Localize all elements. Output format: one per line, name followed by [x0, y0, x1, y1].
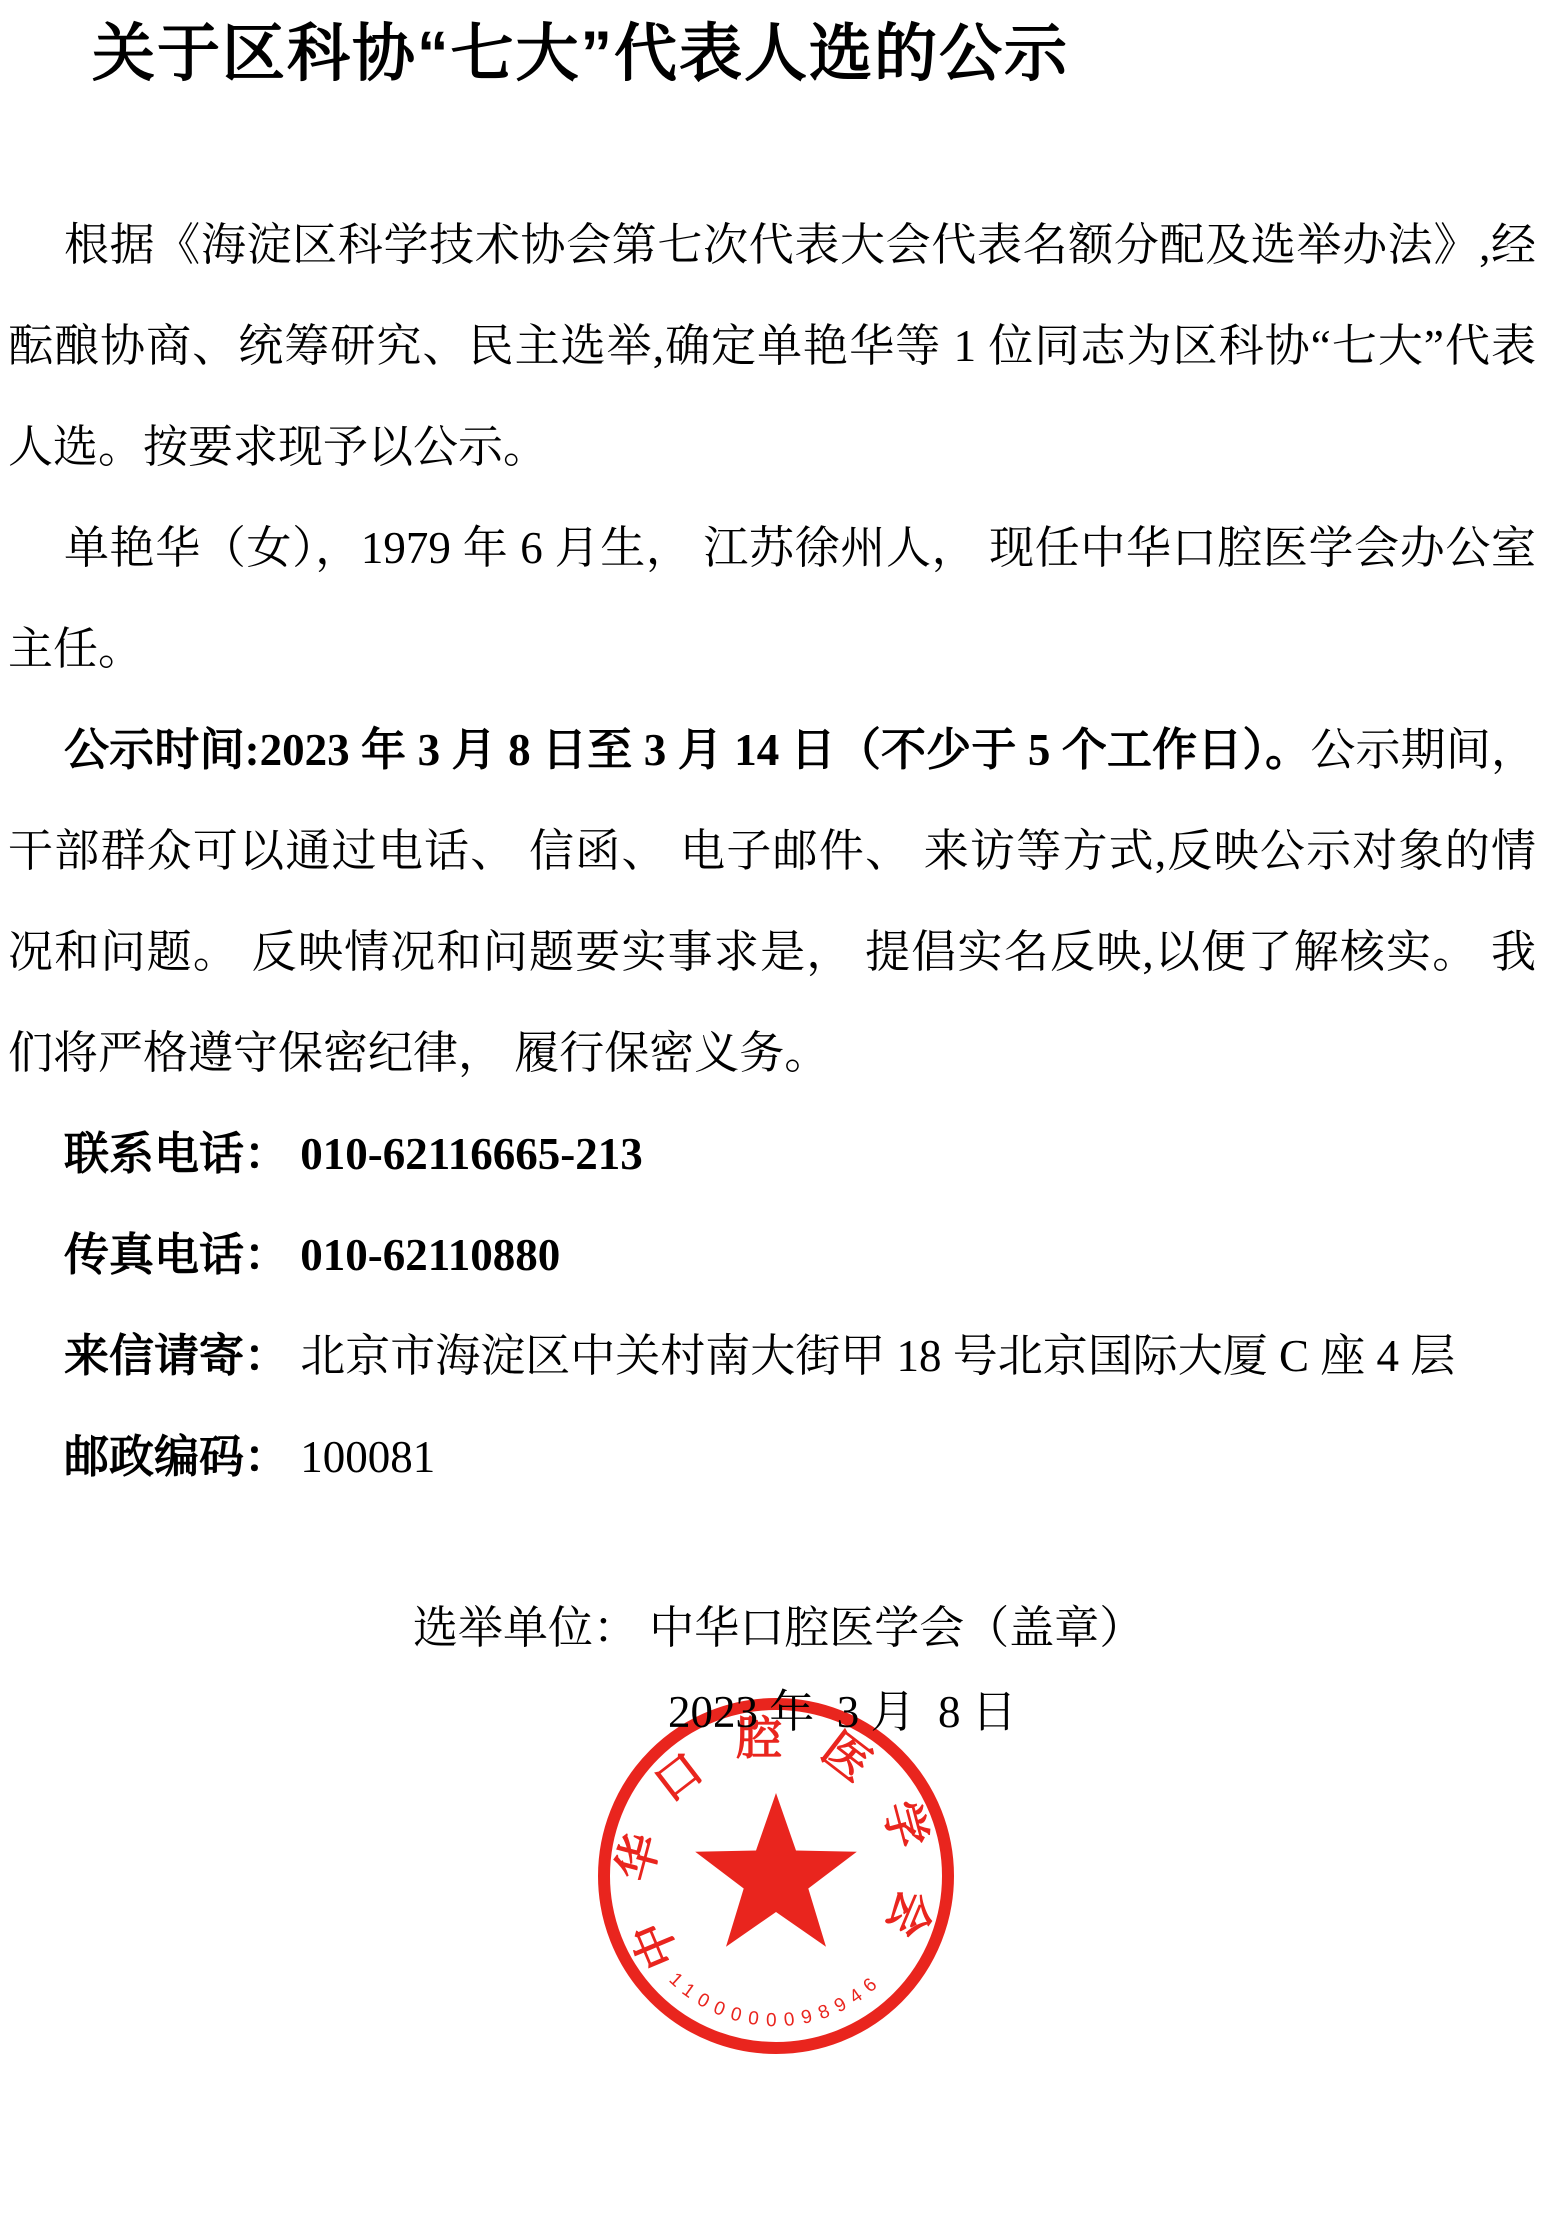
seal-serial-number: 1100000098946: [665, 1969, 888, 2031]
document-body: 根据《海淀区科学技术协会第七次代表大会代表名额分配及选举办法》,经酝酿协商、统筹…: [0, 195, 1552, 1508]
contact-row-postcode: 邮政编码： 100081: [8, 1407, 1536, 1508]
contact-address-value: 北京市海淀区中关村南大街甲 18 号北京国际大厦 C 座 4 层: [300, 1331, 1455, 1381]
signature-unit-line: 选举单位： 中华口腔医学会（盖章）: [413, 1593, 1552, 1663]
document-page: 关于区科协“七大”代表人选的公示 根据《海淀区科学技术协会第七次代表大会代表名额…: [0, 0, 1552, 2223]
paragraph-candidate-bio: 单艳华（女），1979 年 6 月生， 江苏徐州人， 现任中华口腔医学会办公室主…: [8, 498, 1536, 700]
signature-date-line: 2023 年 3 月 8 日: [668, 1677, 1552, 1747]
paragraph-intro: 根据《海淀区科学技术协会第七次代表大会代表名额分配及选举办法》,经酝酿协商、统筹…: [8, 195, 1536, 498]
contact-row-phone: 联系电话： 010-62116665-213: [8, 1104, 1536, 1205]
contact-phone-value: 010-62116665-213: [300, 1129, 643, 1179]
seal-star-icon: [695, 1793, 857, 1947]
contact-fax-label: 传真电话：: [64, 1230, 289, 1280]
contact-row-fax: 传真电话： 010-62110880: [8, 1205, 1536, 1306]
document-title: 关于区科协“七大”代表人选的公示: [92, 8, 1552, 100]
contact-fax-value: 010-62110880: [300, 1230, 560, 1280]
contact-row-address: 来信请寄： 北京市海淀区中关村南大街甲 18 号北京国际大厦 C 座 4 层: [8, 1306, 1536, 1407]
publicity-period-dates: 公示时间:2023 年 3 月 8 日至 3 月 14 日（不少于 5 个工作日…: [64, 725, 1310, 775]
contact-address-label: 来信请寄：: [64, 1331, 289, 1381]
paragraph-publicity-period: 公示时间:2023 年 3 月 8 日至 3 月 14 日（不少于 5 个工作日…: [8, 700, 1536, 1104]
contact-phone-label: 联系电话：: [64, 1129, 289, 1179]
publicity-period-details: 公示期间， 干部群众可以通过电话、 信函、 电子邮件、 来访等方式,反映公示对象…: [8, 725, 1536, 1078]
signature-block: 选举单位： 中华口腔医学会（盖章） 2023 年 3 月 8 日: [0, 1593, 1552, 1747]
contact-postcode-value: 100081: [300, 1432, 435, 1482]
contact-postcode-label: 邮政编码：: [64, 1432, 289, 1482]
